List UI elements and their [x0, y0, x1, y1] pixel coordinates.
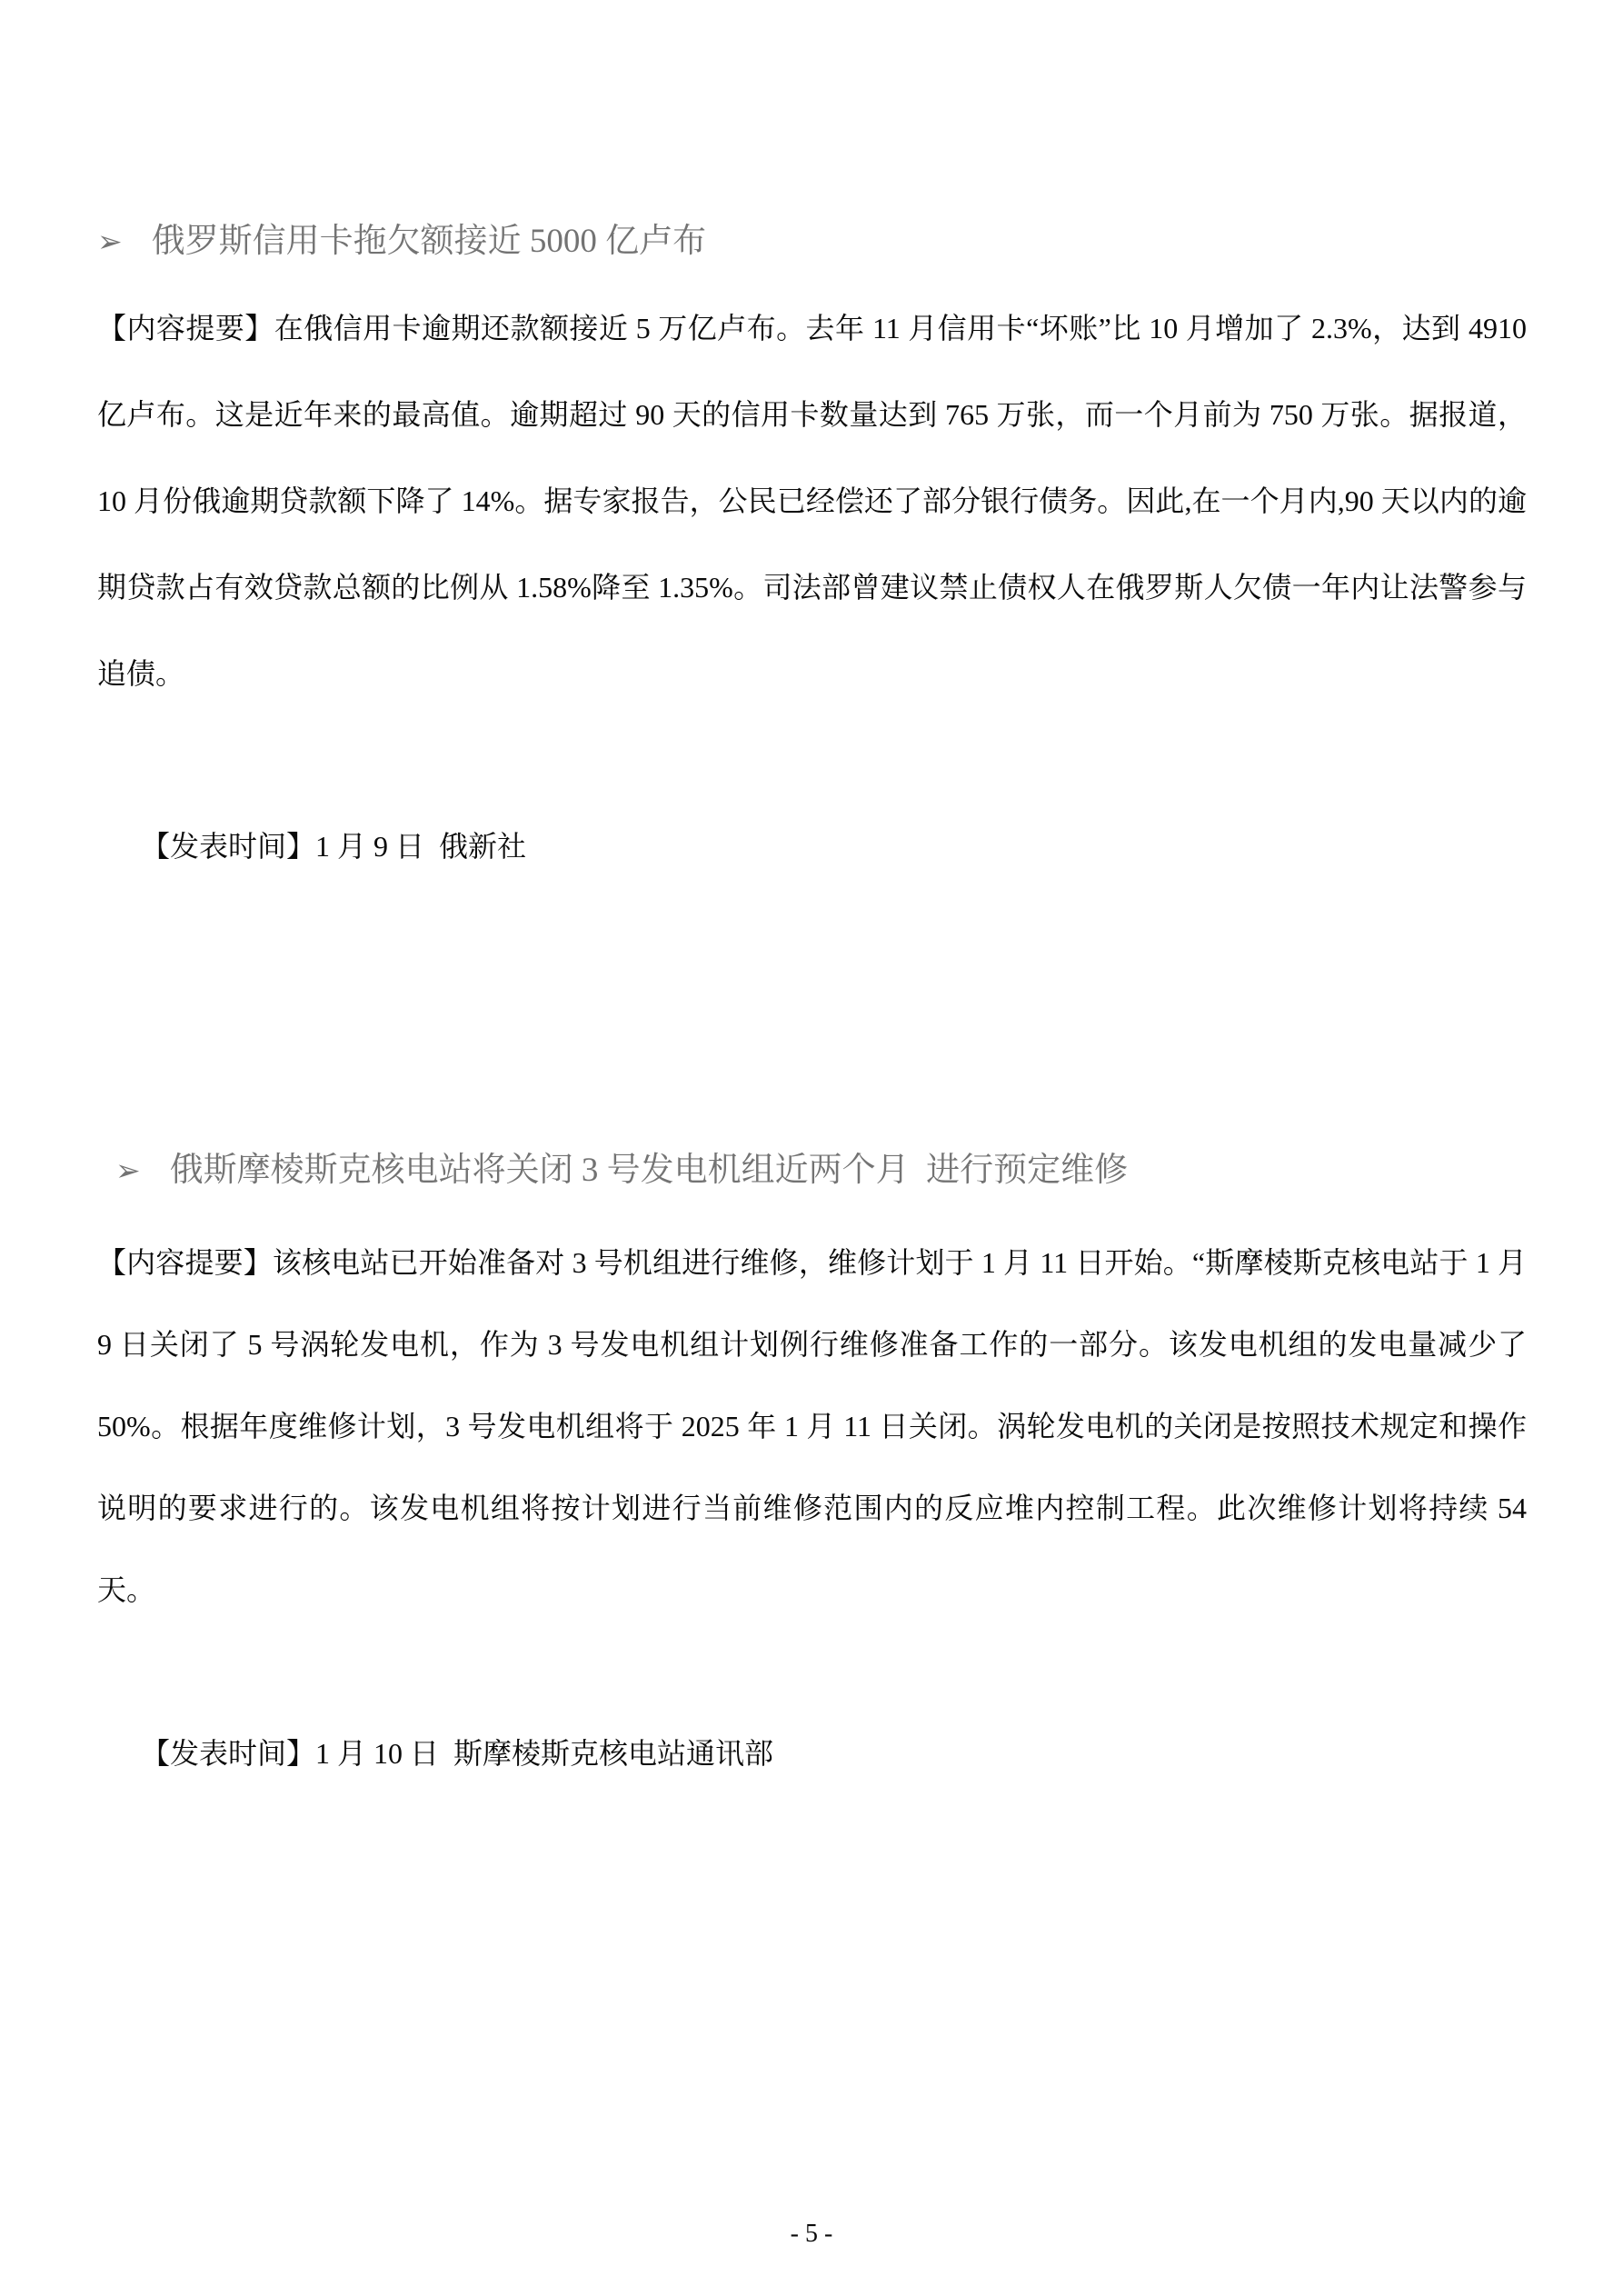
news-section: ➢ 俄罗斯信用卡拖欠额接近 5000 亿卢布 【内容提要】在俄信用卡逾期还款额接… — [97, 218, 1527, 976]
section-heading: ➢ 俄罗斯信用卡拖欠额接近 5000 亿卢布 — [97, 218, 1527, 265]
date-text: 1 月 10 日 斯摩棱斯克核电站通讯部 — [315, 1737, 773, 1770]
publish-date-line: 【发表时间】1 月 9 日 俄新社 — [97, 717, 1527, 976]
summary-label: 【内容提要】 — [97, 1246, 273, 1279]
section-title: 俄罗斯信用卡拖欠额接近 5000 亿卢布 — [152, 218, 707, 265]
page-number: - 5 - — [0, 2216, 1623, 2251]
date-label: 【发表时间】 — [141, 1737, 315, 1770]
document-page: ➢ 俄罗斯信用卡拖欠额接近 5000 亿卢布 【内容提要】在俄信用卡逾期还款额接… — [0, 0, 1623, 2296]
summary-paragraph: 【内容提要】该核电站已开始准备对 3 号机组进行维修，维修计划于 1 月 11 … — [97, 1222, 1527, 1631]
news-section: ➢ 俄斯摩棱斯克核电站将关闭 3 号发电机组近两个月 进行预定维修 【内容提要】… — [97, 1147, 1527, 1876]
publish-date-line: 【发表时间】1 月 10 日 斯摩棱斯克核电站通讯部 — [97, 1631, 1527, 1876]
arrowhead-bullet-icon: ➢ — [115, 1151, 141, 1193]
arrowhead-bullet-icon: ➢ — [97, 222, 123, 264]
summary-label: 【内容提要】 — [97, 312, 274, 344]
date-text: 1 月 9 日 俄新社 — [315, 830, 526, 863]
summary-text: 该核电站已开始准备对 3 号机组进行维修，维修计划于 1 月 11 日开始。“斯… — [97, 1246, 1527, 1606]
section-heading: ➢ 俄斯摩棱斯克核电站将关闭 3 号发电机组近两个月 进行预定维修 — [97, 1147, 1527, 1194]
summary-paragraph: 【内容提要】在俄信用卡逾期还款额接近 5 万亿卢布。去年 11 月信用卡“坏账”… — [97, 285, 1527, 717]
section-title: 俄斯摩棱斯克核电站将关闭 3 号发电机组近两个月 进行预定维修 — [170, 1147, 1129, 1194]
date-label: 【发表时间】 — [141, 830, 315, 863]
summary-text: 在俄信用卡逾期还款额接近 5 万亿卢布。去年 11 月信用卡“坏账”比 10 月… — [97, 312, 1527, 690]
